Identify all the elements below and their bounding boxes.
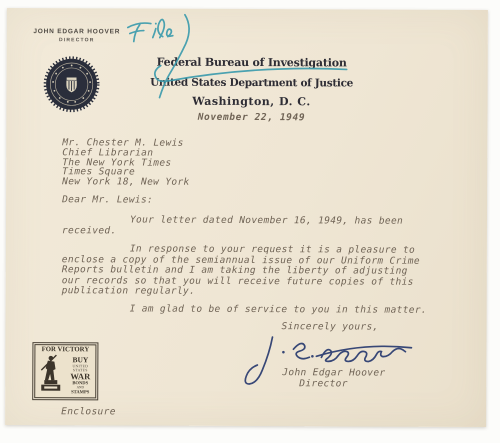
minuteman-statue-icon [37, 354, 63, 396]
stamp-header: FOR VICTORY [35, 346, 95, 353]
body-line: received. [62, 226, 403, 238]
city-line: Washington, D. C. [126, 94, 376, 108]
stamp-buy: BUY [64, 355, 96, 364]
letter-paper: JOHN EDGAR HOOVER DIRECTOR [5, 8, 488, 427]
salutation: Dear Mr. Lewis: [62, 194, 153, 205]
letterhead-center-block: Federal Bureau of Investigation United S… [126, 55, 376, 123]
body-line: publication regularly. [62, 287, 420, 299]
stamp-war: WAR [64, 373, 96, 381]
fbi-seal-icon [42, 55, 100, 113]
enclosure-note: Enclosure [61, 406, 116, 417]
paragraph-3: I am glad to be of service to you in thi… [130, 303, 427, 315]
department-name: United States Department of Justice [127, 76, 377, 89]
letterhead-director-block: JOHN EDGAR HOOVER DIRECTOR [25, 28, 129, 43]
recipient-line: New York 18, New York [62, 177, 190, 187]
paragraph-2: In response to your request it is a plea… [62, 244, 420, 299]
director-name: JOHN EDGAR HOOVER [25, 28, 129, 35]
valediction: Sincerely yours, [282, 321, 379, 332]
director-title: DIRECTOR [25, 37, 129, 43]
agency-name: Federal Bureau of Investigation [127, 55, 377, 69]
war-bonds-stamp: FOR VICTORY BUY UNITED STATES WAR BONDS … [32, 342, 98, 400]
signer-name: John Edgar Hoover [282, 367, 385, 378]
letter-date: November 22, 1949 [126, 111, 376, 123]
recipient-address: Mr. Chester M. Lewis Chief Librarian The… [62, 138, 190, 188]
signer-title: Director [299, 378, 348, 389]
paragraph-1: Your letter dated November 16, 1949, has… [62, 215, 403, 238]
stamp-stamps: STAMPS [64, 390, 96, 395]
